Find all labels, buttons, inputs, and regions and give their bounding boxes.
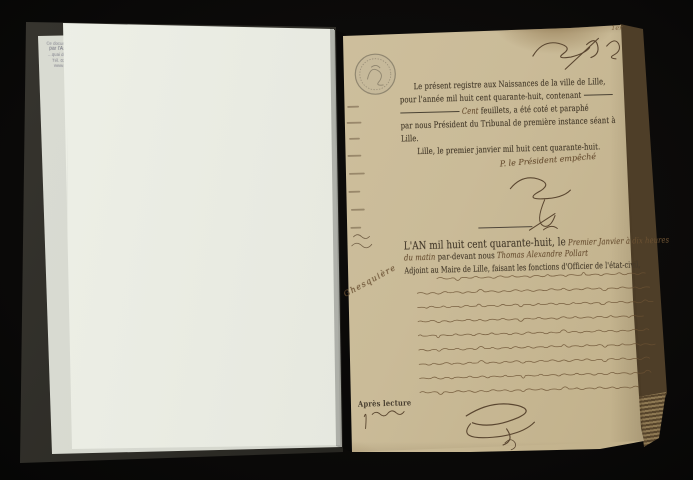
handwritten-line xyxy=(417,300,653,310)
handwritten-line xyxy=(419,370,651,381)
photographed-register-spread: Ce document… par l'Ass… …quai de R… Tél.… xyxy=(0,0,693,480)
handwritten-line xyxy=(418,328,649,339)
handwritten-line xyxy=(417,285,650,296)
margin-mark xyxy=(351,234,371,248)
handwritten-line xyxy=(419,356,650,366)
handwritten-line xyxy=(418,342,655,352)
officer-signature xyxy=(466,403,527,425)
ink-offset-marks xyxy=(347,107,365,228)
register-page-content: 1er Le présent registre aux Naissances d… xyxy=(344,17,655,457)
handwritten-line xyxy=(437,271,646,281)
handwritten-line xyxy=(420,385,639,395)
act-body-handwriting xyxy=(344,17,655,457)
handwritten-line xyxy=(418,315,644,324)
registrant-signature xyxy=(360,401,561,456)
